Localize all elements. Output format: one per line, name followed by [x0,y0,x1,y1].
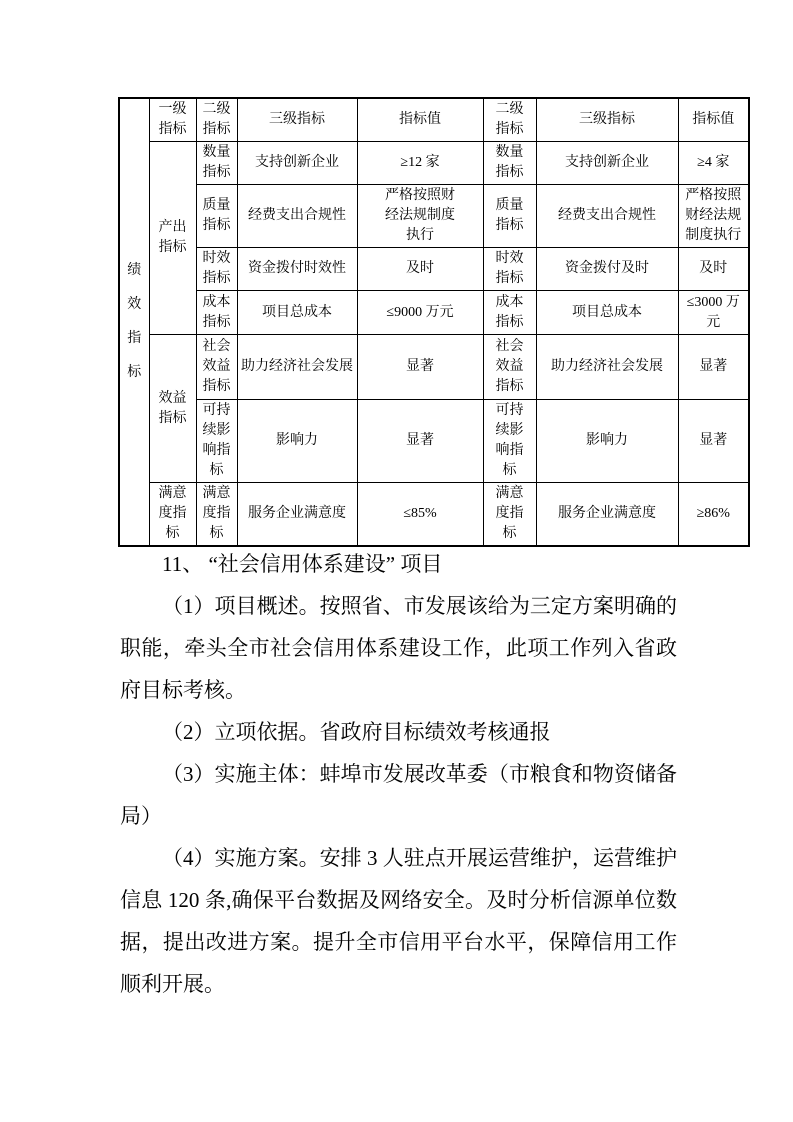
cell-left-val: 及时 [357,248,483,291]
cell-right-val: ≤3000 万 元 [678,291,749,335]
cell-left-l2: 质量 指标 [196,185,237,248]
cell-left-val: ≤9000 万元 [357,291,483,335]
cell-right-l2: 时效 指标 [483,248,536,291]
header-level3-right: 三级指标 [536,98,678,142]
table-group-label: 绩 效 指 标 [119,98,149,546]
table-header-row: 绩 效 指 标 一级 指标 二级 指标 三级指标 指标值 二级 指标 三级指标 … [119,98,749,142]
cell-left-l3: 影响力 [237,400,357,483]
cell-right-val: ≥4 家 [678,142,749,185]
table-row: 可持 续影 响指 标 影响力 显著 可持 续影 响指 标 影响力 显著 [119,400,749,483]
body-text: 11、 “社会信用体系建设” 项目 （1）项目概述。按照省、市发展该给为三定方案… [120,543,677,1005]
cell-left-l2: 时效 指标 [196,248,237,291]
table-row: 满意 度指 标 满意 度指 标 服务企业满意度 ≤85% 满意 度指 标 服务企… [119,483,749,547]
cell-left-l3: 支持创新企业 [237,142,357,185]
cell-left-l3: 项目总成本 [237,291,357,335]
cell-right-l3: 支持创新企业 [536,142,678,185]
paragraph-project-overview: （1）项目概述。按照省、市发展该给为三定方案明确的职能，牵头全市社会信用体系建设… [120,585,677,711]
cell-left-val: 显著 [357,400,483,483]
cell-left-l2: 满意 度指 标 [196,483,237,547]
performance-indicator-table: 绩 效 指 标 一级 指标 二级 指标 三级指标 指标值 二级 指标 三级指标 … [118,97,750,547]
cell-right-l2: 成本 指标 [483,291,536,335]
cell-right-l3: 助力经济社会发展 [536,335,678,400]
cell-right-l2: 数量 指标 [483,142,536,185]
paragraph-approval-basis: （2）立项依据。省政府目标绩效考核通报 [120,711,677,753]
cell-left-val: 显著 [357,335,483,400]
paragraph-implementation-plan: （4）实施方案。安排 3 人驻点开展运营维护，运营维护信息 120 条,确保平台… [120,837,677,1005]
section-heading: 11、 “社会信用体系建设” 项目 [120,543,677,585]
cell-right-val: 显著 [678,400,749,483]
header-level2-left: 二级 指标 [196,98,237,142]
header-level2-right: 二级 指标 [483,98,536,142]
cell-right-l3: 经费支出合规性 [536,185,678,248]
cell-left-l2: 社会 效益 指标 [196,335,237,400]
header-value-left: 指标值 [357,98,483,142]
cell-right-val: 显著 [678,335,749,400]
cell-left-l3: 服务企业满意度 [237,483,357,547]
cell-right-l2: 满意 度指 标 [483,483,536,547]
level1-satisfaction: 满意 度指 标 [149,483,196,547]
header-level1: 一级 指标 [149,98,196,142]
cell-right-val: ≥86% [678,483,749,547]
paragraph-implementing-body: （3）实施主体：蚌埠市发展改革委（市粮食和物资储备局） [120,753,677,837]
cell-left-val: ≥12 家 [357,142,483,185]
level1-benefit: 效益 指标 [149,335,196,483]
cell-left-l3: 助力经济社会发展 [237,335,357,400]
cell-left-l3: 资金拨付时效性 [237,248,357,291]
cell-right-l2: 可持 续影 响指 标 [483,400,536,483]
cell-right-l2: 质量 指标 [483,185,536,248]
cell-right-l3: 服务企业满意度 [536,483,678,547]
cell-left-val: 严格按照财 经法规制度 执行 [357,185,483,248]
cell-left-l2: 数量 指标 [196,142,237,185]
cell-right-l3: 影响力 [536,400,678,483]
cell-right-l2: 社会 效益 指标 [483,335,536,400]
table-row: 效益 指标 社会 效益 指标 助力经济社会发展 显著 社会 效益 指标 助力经济… [119,335,749,400]
cell-right-val: 严格按照 财经法规 制度执行 [678,185,749,248]
header-value-right: 指标值 [678,98,749,142]
table-row: 质量 指标 经费支出合规性 严格按照财 经法规制度 执行 质量 指标 经费支出合… [119,185,749,248]
cell-right-l3: 资金拨付及时 [536,248,678,291]
table-row: 产出 指标 数量 指标 支持创新企业 ≥12 家 数量 指标 支持创新企业 ≥4… [119,142,749,185]
cell-right-l3: 项目总成本 [536,291,678,335]
cell-right-val: 及时 [678,248,749,291]
table-row: 成本 指标 项目总成本 ≤9000 万元 成本 指标 项目总成本 ≤3000 万… [119,291,749,335]
level1-output: 产出 指标 [149,142,196,335]
cell-left-l3: 经费支出合规性 [237,185,357,248]
document-page: 绩 效 指 标 一级 指标 二级 指标 三级指标 指标值 二级 指标 三级指标 … [0,0,793,1122]
cell-left-val: ≤85% [357,483,483,547]
cell-left-l2: 成本 指标 [196,291,237,335]
cell-left-l2: 可持 续影 响指 标 [196,400,237,483]
table-row: 时效 指标 资金拨付时效性 及时 时效 指标 资金拨付及时 及时 [119,248,749,291]
header-level3-left: 三级指标 [237,98,357,142]
